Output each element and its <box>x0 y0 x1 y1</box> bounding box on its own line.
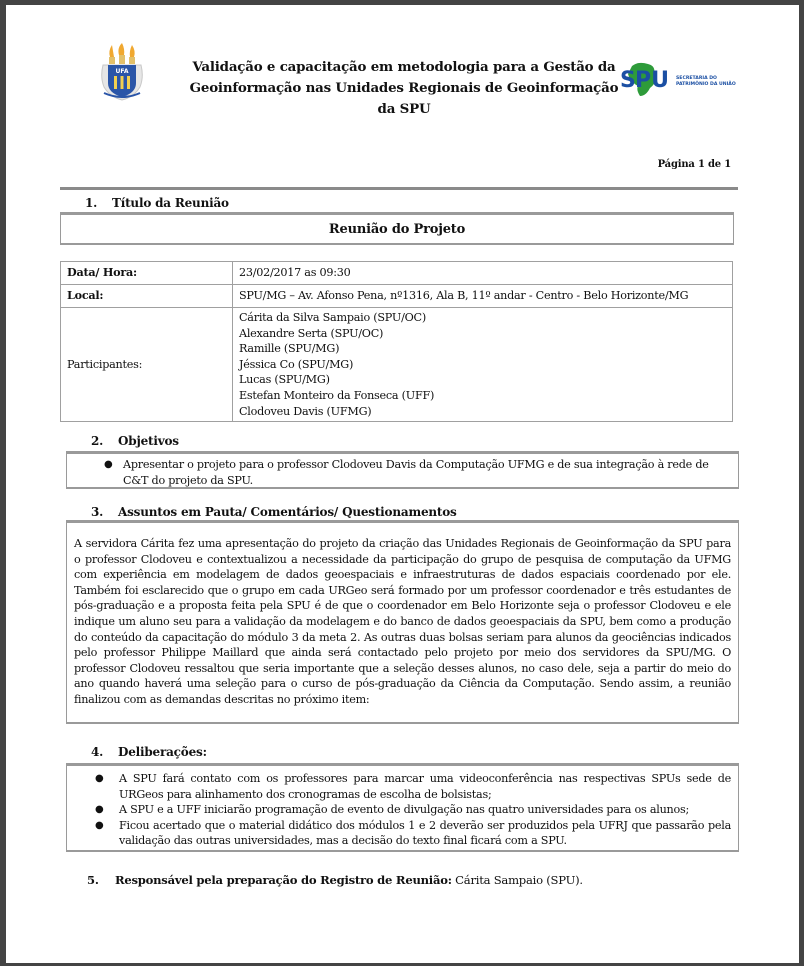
document-page: UFA Validação e capacitação em metodolog… <box>6 5 799 963</box>
discussion-text: A servidora Cárita fez uma apresentação … <box>74 536 731 708</box>
deliberations-box: ● A SPU fará contato com os professores … <box>66 763 739 852</box>
svg-text:S: S <box>620 68 636 93</box>
bullet-icon: ● <box>95 818 103 834</box>
section-title: Assuntos em Pauta/ Comentários/ Question… <box>118 505 457 519</box>
university-crest-logo: UFA <box>100 43 144 101</box>
objectives-list: ● Apresentar o projeto para o professor … <box>123 457 734 488</box>
local-value: SPU/MG – Av. Afonso Pena, nº1316, Ala B,… <box>233 285 733 308</box>
responsible-label: Responsável pela preparação do Registro … <box>115 873 452 887</box>
participant: Estefan Monteiro da Fonseca (UFF) <box>239 388 726 404</box>
list-item: ● Ficou acertado que o material didático… <box>119 818 731 849</box>
participant: Ramille (SPU/MG) <box>239 341 726 357</box>
deliberations-list: ● A SPU fará contato com os professores … <box>119 771 731 849</box>
participant: Cárita da Silva Sampaio (SPU/OC) <box>239 310 726 326</box>
section-2-heading: 2.Objetivos <box>91 434 179 448</box>
participants-label: Participantes: <box>61 308 233 422</box>
document-title: Validação e capacitação em metodologia p… <box>184 57 624 120</box>
participant: Jéssica Co (SPU/MG) <box>239 357 726 373</box>
section-title: Objetivos <box>118 434 179 448</box>
participant: Alexandre Serta (SPU/OC) <box>239 326 726 342</box>
svg-text:PATRIMÔNIO DA UNIÃO: PATRIMÔNIO DA UNIÃO <box>676 80 736 87</box>
section-number: 4. <box>91 745 118 759</box>
section-3-heading: 3.Assuntos em Pauta/ Comentários/ Questi… <box>91 505 457 519</box>
bullet-icon: ● <box>95 802 103 818</box>
table-row-participants: Participantes: Cárita da Silva Sampaio (… <box>61 308 733 422</box>
list-item: ● A SPU fará contato com os professores … <box>119 771 731 802</box>
list-item: ● Apresentar o projeto para o professor … <box>123 457 734 488</box>
date-value: 23/02/2017 as 09:30 <box>233 262 733 285</box>
section-title: Título da Reunião <box>112 196 229 210</box>
table-row-date: Data/ Hora: 23/02/2017 as 09:30 <box>61 262 733 285</box>
discussion-box: A servidora Cárita fez uma apresentação … <box>66 520 739 724</box>
section-number: 2. <box>91 434 118 448</box>
crest-icon: UFA <box>100 43 144 101</box>
svg-text:UFA: UFA <box>116 68 129 75</box>
section-number: 1. <box>85 196 112 210</box>
list-item: ● A SPU e a UFF iniciarão programação de… <box>119 802 731 818</box>
spu-logo: S PU SECRETARIA DO PATRIMÔNIO DA UNIÃO <box>618 60 743 100</box>
table-row-local: Local: SPU/MG – Av. Afonso Pena, nº1316,… <box>61 285 733 308</box>
section-title: Deliberações: <box>118 745 207 759</box>
header-divider <box>60 187 738 190</box>
bullet-icon: ● <box>104 457 112 473</box>
bullet-icon: ● <box>95 771 103 787</box>
participants-list: Cárita da Silva Sampaio (SPU/OC) Alexand… <box>233 308 733 422</box>
spu-brazil-map-icon: S PU SECRETARIA DO PATRIMÔNIO DA UNIÃO <box>618 60 743 100</box>
responsible-value: Cárita Sampaio (SPU). <box>455 873 583 887</box>
meeting-title: Reunião do Projeto <box>329 222 465 237</box>
section-number: 3. <box>91 505 118 519</box>
objectives-box: ● Apresentar o projeto para o professor … <box>66 451 739 489</box>
svg-text:SECRETARIA DO: SECRETARIA DO <box>676 75 717 81</box>
participant: Clodoveu Davis (UFMG) <box>239 404 726 420</box>
section-1-heading: 1.Título da Reunião <box>85 196 229 210</box>
page-number: Página 1 de 1 <box>658 159 731 170</box>
date-label: Data/ Hora: <box>61 262 233 285</box>
section-5-responsible: 5.Responsável pela preparação do Registr… <box>87 873 583 889</box>
svg-text:PU: PU <box>635 68 669 93</box>
meeting-title-box: Reunião do Projeto <box>60 212 734 245</box>
section-number: 5. <box>87 873 115 889</box>
meeting-info-table: Data/ Hora: 23/02/2017 as 09:30 Local: S… <box>60 261 733 422</box>
section-4-heading: 4.Deliberações: <box>91 745 207 759</box>
participant: Lucas (SPU/MG) <box>239 372 726 388</box>
local-label: Local: <box>61 285 233 308</box>
